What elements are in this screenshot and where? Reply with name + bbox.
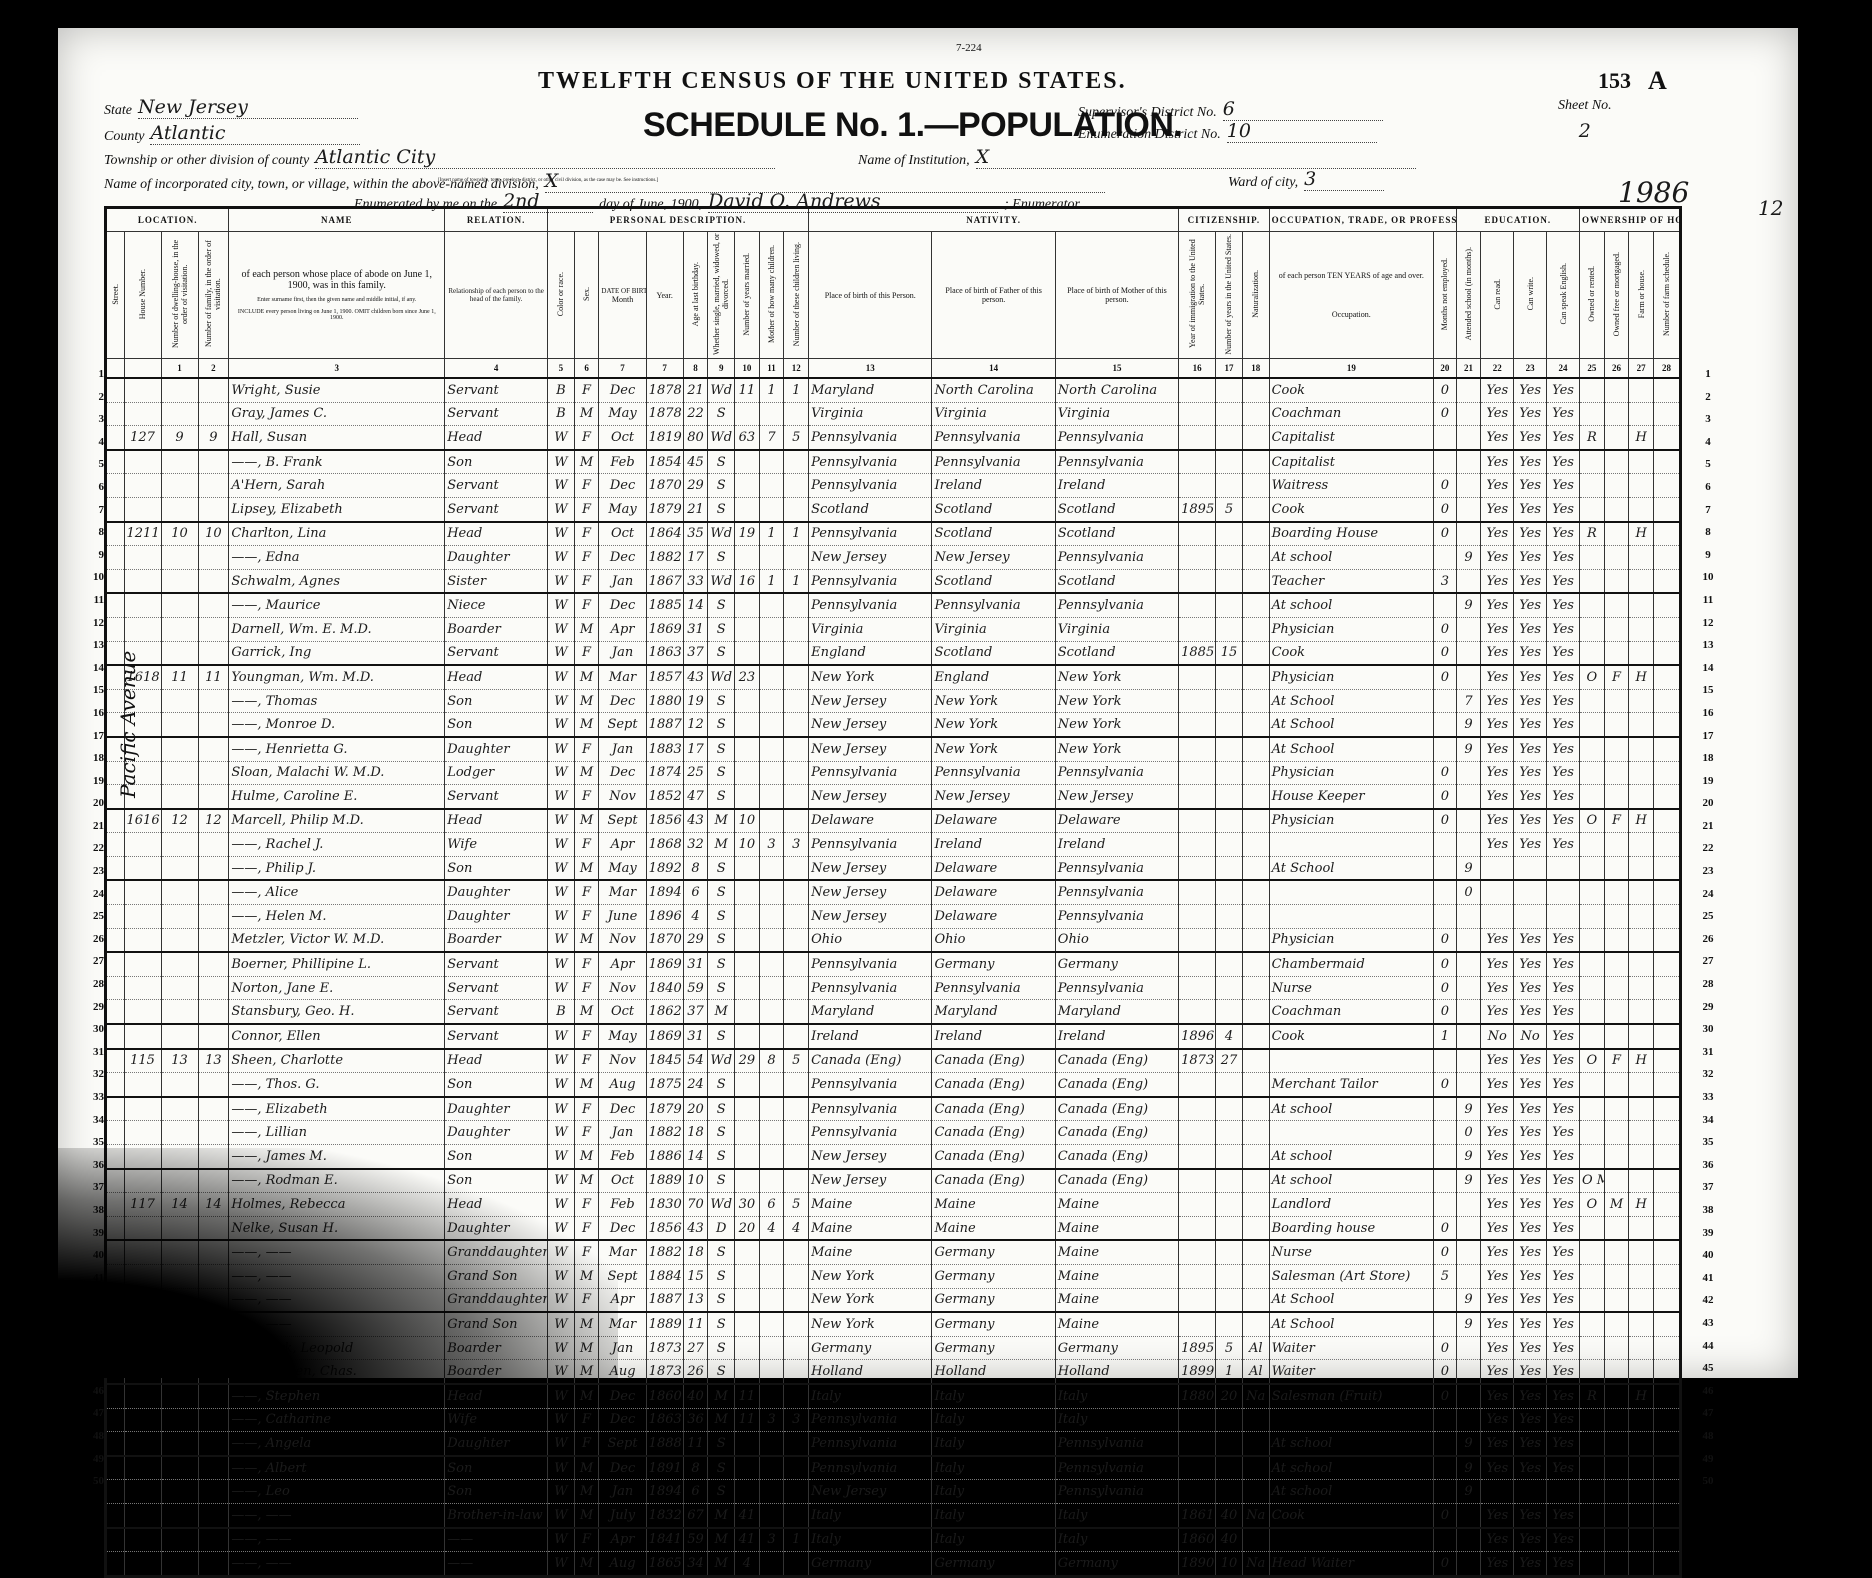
owned-rented-cell [1580,1288,1605,1312]
children-living-cell [784,905,809,929]
age-cell: 20 [683,1097,708,1121]
birth-year-cell: 1878 [646,378,683,402]
years-in-us-cell [1216,856,1243,880]
owned-rented-cell [1580,737,1605,761]
naturalization-cell [1242,928,1269,952]
enumeration-field: Enumeration District No. 10 [1078,120,1377,143]
name-cell: Schwalm, Agnes [229,569,445,593]
mother-of-cell [759,809,784,833]
years-married-cell [735,1073,760,1097]
age-cell: 4 [683,905,708,929]
street-cell [106,1360,125,1384]
speak-english-cell: Yes [1547,1097,1580,1121]
table-row: Connor, EllenServantWFMay186931SIrelandI… [106,1024,1681,1049]
line-number: 26 [78,928,104,951]
family-cell [198,641,229,665]
table-row: Norton, Jane E.ServantWFNov184059SPennsy… [106,976,1681,1000]
speak-english-cell: Yes [1547,689,1580,713]
years-married-cell [735,1360,760,1384]
street-cell [106,1024,125,1049]
street-cell [106,809,125,833]
name-note1: Enter surname first, then the given name… [231,297,442,303]
sex-cell: M [574,809,599,833]
house-number-cell [124,1000,161,1024]
months-unemployed-cell: 3 [1434,569,1457,593]
col-number: 24 [1547,359,1580,379]
race-cell: W [548,546,575,570]
speak-english-cell [1547,856,1580,880]
birth-year-cell: 1887 [646,1288,683,1312]
naturalization-cell [1242,1312,1269,1336]
sex-cell: M [574,1384,599,1408]
children-living-cell: 5 [784,426,809,450]
line-number: 1 [1688,363,1728,386]
years-married-cell: 23 [735,665,760,689]
immigration-cell [1179,785,1216,809]
immigration-cell [1179,593,1216,617]
relation-cell: Daughter [445,1432,548,1456]
farm-house-cell: H [1629,1193,1654,1217]
naturalization-cell [1242,569,1269,593]
occupation-cell [1269,880,1433,904]
immigration-cell [1179,761,1216,785]
can-write-cell: Yes [1514,1240,1547,1264]
naturalization-cell [1242,593,1269,617]
years-in-us-cell: 5 [1216,1336,1243,1360]
naturalization-cell [1242,1121,1269,1145]
table-row: Darnell, Wm. E. M.D.BoarderWMApr186931SV… [106,617,1681,641]
family-cell [198,1121,229,1145]
marital-cell: S [708,928,735,952]
family-cell [198,880,229,904]
naturalization-cell [1242,617,1269,641]
farm-schedule-cell [1653,450,1680,474]
relation-cell: Servant [445,952,548,976]
occupation-cell [1269,905,1433,929]
speak-english-cell: Yes [1547,617,1580,641]
race-cell: W [548,952,575,976]
owned-rented-cell [1580,952,1605,976]
can-write-cell: Yes [1514,1073,1547,1097]
school-months-cell [1456,976,1481,1000]
age-cell: 11 [683,1432,708,1456]
line-number: 19 [1688,770,1728,793]
can-write-cell: Yes [1514,1121,1547,1145]
years-in-us-cell [1216,1408,1243,1432]
speak-english-cell: Yes [1547,1240,1580,1264]
naturalization-cell [1242,665,1269,689]
mother-birthplace-cell: Pennsylvania [1055,761,1178,785]
table-row: ——, ——GranddaughterWFMar188218SMaineGerm… [106,1240,1681,1264]
birthplace-cell: Pennsylvania [809,976,932,1000]
sex-cell: M [574,1264,599,1288]
sex-cell: F [574,1121,599,1145]
sex-cell: M [574,665,599,689]
age-cell: 31 [683,617,708,641]
dwelling-cell [161,905,198,929]
free-mortgaged-cell [1604,976,1629,1000]
owned-rented-cell [1580,1216,1605,1240]
marital-cell: S [708,1456,735,1464]
col-dwelling: Number of dwelling-house, in the order o… [171,232,189,356]
birthplace-cell: New York [809,665,932,689]
birthplace-cell: Ohio [809,928,932,952]
relation-cell: Boarder [445,1360,548,1384]
marital-cell: S [708,1169,735,1193]
can-write-cell: Yes [1514,833,1547,857]
school-months-cell: 9 [1456,1456,1481,1464]
can-write-cell: Yes [1514,569,1547,593]
marital-cell: S [708,905,735,929]
farm-schedule-cell [1653,1456,1680,1464]
mother-of-cell [759,880,784,904]
age-cell: 32 [683,833,708,857]
line-number: 4 [1688,431,1728,454]
free-mortgaged-cell: M [1604,1193,1629,1217]
mother-of-cell [759,1360,784,1384]
can-write-cell: Yes [1514,1456,1547,1464]
line-number: 33 [1688,1086,1728,1109]
birth-year-cell: 1856 [646,1216,683,1240]
group-citizenship: CITIZENSHIP. [1179,208,1269,232]
house-number-cell [124,880,161,904]
children-living-cell [784,593,809,617]
line-number: 18 [78,747,104,770]
sex-cell: F [574,474,599,498]
naturalization-cell: Na [1242,1384,1269,1408]
table-row: Nelke, Susan H.DaughterWFDec185643D2044M… [106,1216,1681,1240]
occupation-cell: At School [1269,713,1433,737]
house-number-cell [124,1145,161,1169]
school-months-cell [1456,426,1481,450]
birth-month-cell: Dec [599,546,646,570]
mother-birthplace-cell: Virginia [1055,617,1178,641]
birthplace-cell: Pennsylvania [809,1432,932,1456]
can-read-cell: Yes [1481,569,1514,593]
institution-label: Name of Institution, [858,153,970,169]
line-number: 43 [1688,1312,1728,1335]
mother-of-cell [759,952,784,976]
father-birthplace-cell: Ireland [932,474,1055,498]
children-living-cell [784,1024,809,1049]
line-number: 8 [78,521,104,544]
col-number: 2 [198,359,229,379]
house-number-cell [124,1384,161,1408]
farm-schedule-cell [1653,1288,1680,1312]
name-cell: ——, Maurice [229,593,445,617]
free-mortgaged-cell [1604,497,1629,521]
dwelling-cell [161,976,198,1000]
birth-month-cell: Jan [599,1121,646,1145]
school-months-cell [1456,1384,1481,1408]
birth-year-cell: 1874 [646,761,683,785]
race-cell: W [548,833,575,857]
mother-birthplace-cell: New York [1055,665,1178,689]
years-in-us-cell: 5 [1216,497,1243,521]
marital-cell: S [708,450,735,474]
col-number: 7 [646,359,683,379]
years-married-cell [735,880,760,904]
occupation-cell [1269,1121,1433,1145]
marital-cell: S [708,856,735,880]
name-cell: ——, Henrietta G. [229,737,445,761]
line-number: 5 [1688,453,1728,476]
mother-of-cell [759,1121,784,1145]
naturalization-cell [1242,833,1269,857]
father-birthplace-cell: Pennsylvania [932,593,1055,617]
mother-of-cell: 1 [759,522,784,546]
family-cell [198,402,229,426]
free-mortgaged-cell [1604,426,1629,450]
speak-english-cell: Yes [1547,1193,1580,1217]
line-number: 1 [78,363,104,386]
birth-month-cell: Sept [599,1432,646,1456]
age-cell: 43 [683,809,708,833]
owned-rented-cell [1580,378,1605,402]
marital-cell: S [708,1073,735,1097]
col-number: 11 [759,359,784,379]
table-row: ——, Rodman E.SonWMOct188910SNew JerseyCa… [106,1169,1681,1193]
can-read-cell: Yes [1481,1240,1514,1264]
farm-house-cell: H [1629,665,1654,689]
marital-cell: Wd [708,1193,735,1217]
school-months-cell [1456,1073,1481,1097]
birthplace-cell: Maine [809,1216,932,1240]
school-months-cell [1456,1000,1481,1024]
marital-cell: S [708,689,735,713]
years-married-cell [735,928,760,952]
farm-schedule-cell [1653,1000,1680,1024]
age-cell: 36 [683,1408,708,1432]
free-mortgaged-cell [1604,1336,1629,1360]
marital-cell: M [708,1384,735,1408]
birthplace-cell: New Jersey [809,785,932,809]
father-birthplace-cell: Scotland [932,641,1055,665]
can-read-cell: Yes [1481,1360,1514,1384]
birth-month-cell: Dec [599,378,646,402]
occupation-cell: At school [1269,1432,1433,1456]
street-cell [106,522,125,546]
marital-cell: S [708,952,735,976]
family-cell [198,497,229,521]
farm-house-cell: H [1629,1049,1654,1073]
years-married-cell [735,689,760,713]
mother-of-cell [759,1288,784,1312]
dwelling-cell: 9 [161,426,198,450]
school-months-cell: 9 [1456,1432,1481,1456]
dwelling-cell [161,880,198,904]
years-married-cell [735,1121,760,1145]
years-married-cell [735,497,760,521]
mother-of-cell [759,1024,784,1049]
birth-year-cell: 1840 [646,976,683,1000]
can-read-cell: Yes [1481,1193,1514,1217]
farm-schedule-cell [1653,785,1680,809]
dwelling-cell [161,952,198,976]
mother-of-cell [759,593,784,617]
family-cell [198,713,229,737]
birth-year-cell: 1873 [646,1336,683,1360]
years-in-us-cell [1216,450,1243,474]
birth-month-cell: Nov [599,785,646,809]
birthplace-cell: Pennsylvania [809,474,932,498]
can-write-cell [1514,856,1547,880]
school-months-cell [1456,522,1481,546]
line-number: 27 [78,950,104,973]
children-living-cell [784,737,809,761]
farm-house-cell [1629,1073,1654,1097]
father-birthplace-cell: Scotland [932,497,1055,521]
age-cell: 80 [683,426,708,450]
name-cell: ——, Edna [229,546,445,570]
farm-house-cell [1629,928,1654,952]
immigration-cell [1179,474,1216,498]
speak-english-cell: Yes [1547,713,1580,737]
age-cell: 10 [683,1169,708,1193]
birth-year-cell: 1883 [646,737,683,761]
table-row: ——, Monroe D.SonWMSept188712SNew JerseyN… [106,713,1681,737]
years-married-cell [735,617,760,641]
age-cell: 21 [683,378,708,402]
can-write-cell: Yes [1514,1049,1547,1073]
farm-schedule-cell [1653,976,1680,1000]
margin-mark: 12 [1758,196,1783,220]
can-read-cell: Yes [1481,689,1514,713]
can-write-cell: Yes [1514,402,1547,426]
table-row: ——, AngelaDaughterWFSept188811SPennsylva… [106,1432,1681,1456]
street-cell [106,1145,125,1169]
can-read-cell: Yes [1481,617,1514,641]
father-birthplace-cell: Ireland [932,833,1055,857]
marital-cell: S [708,593,735,617]
years-married-cell [735,761,760,785]
years-in-us-cell [1216,1312,1243,1336]
race-cell: W [548,569,575,593]
age-cell: 19 [683,689,708,713]
farm-house-cell [1629,497,1654,521]
mother-of-cell [759,474,784,498]
speak-english-cell: Yes [1547,1049,1580,1073]
mother-birthplace-cell: Maine [1055,1193,1178,1217]
marital-cell: S [708,641,735,665]
mother-birthplace-cell: Canada (Eng) [1055,1097,1178,1121]
race-cell: W [548,617,575,641]
birth-year-cell: 1863 [646,641,683,665]
mother-of-cell [759,737,784,761]
school-months-cell [1456,1264,1481,1288]
line-number: 42 [1688,1289,1728,1312]
sex-cell: M [574,1169,599,1193]
mother-of-cell: 6 [759,1193,784,1217]
line-number: 9 [78,544,104,567]
mother-of-cell: 3 [759,833,784,857]
table-row: Lipsey, ElizabethServantWFMay187921SScot… [106,497,1681,521]
months-unemployed-cell: 0 [1434,1073,1457,1097]
can-read-cell: Yes [1481,378,1514,402]
birth-month-cell: Apr [599,617,646,641]
house-number-cell [124,1264,161,1288]
state-value: New Jersey [138,96,358,119]
birthplace-cell: Pennsylvania [809,522,932,546]
farm-schedule-cell [1653,617,1680,641]
birth-month-cell: Oct [599,1169,646,1193]
school-months-cell [1456,833,1481,857]
race-cell: W [548,1288,575,1312]
children-living-cell [784,1073,809,1097]
age-cell: 45 [683,450,708,474]
owned-rented-cell [1580,569,1605,593]
family-cell [198,1336,229,1360]
years-in-us-cell: 15 [1216,641,1243,665]
marital-cell: S [708,1240,735,1264]
relation-cell: Head [445,426,548,450]
can-write-cell: Yes [1514,474,1547,498]
relation-cell: Wife [445,833,548,857]
race-cell: W [548,785,575,809]
farm-house-cell [1629,1312,1654,1336]
owned-rented-cell: O [1580,1193,1605,1217]
can-write-cell: Yes [1514,617,1547,641]
father-birthplace-cell: Maine [932,1193,1055,1217]
house-number-cell [124,1121,161,1145]
occupation-cell: Salesman (Art Store) [1269,1264,1433,1288]
farm-house-cell [1629,785,1654,809]
can-read-cell: Yes [1481,1336,1514,1360]
marital-cell: S [708,976,735,1000]
months-unemployed-cell [1434,1097,1457,1121]
speak-english-cell [1547,905,1580,929]
school-months-cell [1456,1049,1481,1073]
relation-cell: Boarder [445,928,548,952]
farm-house-cell [1629,1000,1654,1024]
years-in-us-cell [1216,569,1243,593]
marital-cell: S [708,1264,735,1288]
naturalization-cell [1242,522,1269,546]
years-married-cell [735,905,760,929]
name-cell: Von Dork, Leopold [229,1336,445,1360]
farm-schedule-cell [1653,905,1680,929]
speak-english-cell: Yes [1547,737,1580,761]
sex-cell: F [574,546,599,570]
owned-rented-cell [1580,1240,1605,1264]
name-cell: Sloan, Malachi W. M.D. [229,761,445,785]
farm-house-cell: H [1629,1384,1654,1408]
occupation-cell: At School [1269,689,1433,713]
relation-cell: Wife [445,1408,548,1432]
name-cell: ——, —— [229,1240,445,1264]
owned-rented-cell [1580,1312,1605,1336]
birthplace-cell: Pennsylvania [809,593,932,617]
mother-birthplace-cell: Germany [1055,952,1178,976]
farm-house-cell [1629,1169,1654,1193]
immigration-cell [1179,426,1216,450]
months-unemployed-cell [1434,1456,1457,1464]
col-number: 3 [229,359,445,379]
birthplace-cell: Maine [809,1193,932,1217]
birth-year-cell: 1867 [646,569,683,593]
months-unemployed-cell: 1 [1434,1024,1457,1049]
col-free-mortgaged: Owned free or mortgaged. [1612,252,1621,336]
line-number: 46 [78,1380,104,1403]
line-number: 28 [1688,973,1728,996]
line-number: 29 [1688,996,1728,1019]
birthplace-cell: Pennsylvania [809,426,932,450]
birth-month-cell: Jan [599,569,646,593]
table-row: ——, ——Grand SonWMMar188911SNew YorkGerma… [106,1312,1681,1336]
line-number: 48 [1688,1425,1728,1448]
months-unemployed-cell: 5 [1434,1264,1457,1288]
street-cell [106,928,125,952]
